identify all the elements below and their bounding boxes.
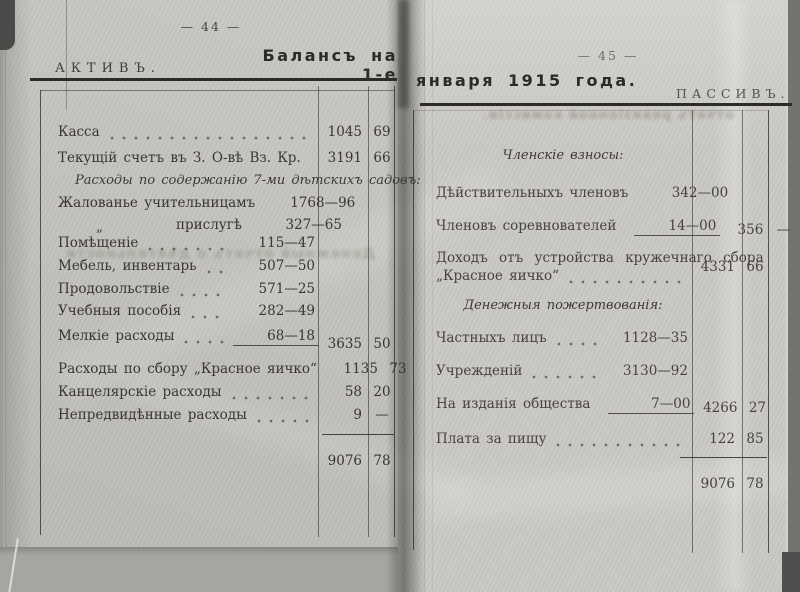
heading-label: Денежныя пожертвованія:: [436, 298, 690, 313]
amount-rubles: 1045: [319, 124, 369, 140]
row-label: „Красное яичко“: [436, 268, 559, 284]
dot-leader: [257, 419, 311, 423]
dot-leader: [207, 270, 225, 274]
row-label: Расходы по сбору „Красное яичко“: [58, 361, 317, 377]
sub-amount: 1768—96: [273, 195, 359, 211]
sub-amount: 342—00: [646, 185, 732, 201]
dot-leader: [232, 396, 311, 400]
row-label: Мелкіе расходы: [58, 328, 174, 344]
sub-amount: 1128—35: [606, 330, 692, 346]
amount-kopecks: —: [770, 222, 796, 238]
row-label: Помѣщеніе: [58, 235, 138, 251]
row-label: Дѣйствительныхъ членовъ: [436, 185, 628, 201]
table-row: На изданія общества 7—00 4266 27: [436, 396, 768, 416]
amount-rubles: 3635: [319, 336, 369, 352]
table-row: „ прислугѣ 327—65: [58, 217, 395, 237]
row-label: Канцелярскіе расходы: [58, 384, 222, 400]
table-left-border: [413, 110, 414, 550]
row-label: Плата за пищу: [436, 431, 546, 447]
amount-rubles: 9: [319, 407, 369, 423]
section-rule: [420, 103, 792, 106]
table-row: Учрежденій 3130—92: [436, 363, 768, 383]
table-row: Мелкіе расходы 68—18 3635 50: [58, 328, 395, 348]
dot-leader: [569, 280, 684, 284]
table-row: Членовъ соревнователей 14—00 356 —: [436, 218, 768, 238]
table-total-row: 9076 78: [58, 453, 395, 473]
amount-rubles: 4266: [694, 400, 744, 416]
section-rule: [30, 78, 397, 81]
sub-amount: 327—65: [260, 217, 346, 233]
amount-kopecks: 27: [744, 400, 770, 416]
row-label: Частныхъ лицъ: [436, 330, 547, 346]
table-top-border: [413, 110, 768, 111]
sub-amount: 14—00: [634, 218, 720, 236]
amount-kopecks: 73: [385, 361, 411, 377]
total-rule: [322, 434, 394, 435]
heading-label: Членскіе взносы:: [436, 148, 690, 163]
table-row: Канцелярскіе расходы 58 20: [58, 384, 395, 404]
book-corner-shadow: [782, 552, 800, 592]
binding-gutter-shadow: [398, 0, 409, 108]
amount-rubles: 356: [720, 222, 770, 238]
table-row: Текущій счетъ въ З. О-вѣ Вз. Кр. 3191 66: [58, 150, 395, 170]
section-label-passiv: ПАССИВЪ.: [676, 86, 790, 101]
row-label: Непредвидѣнные расходы: [58, 407, 247, 423]
total-kopecks: 78: [369, 453, 395, 469]
dot-leader: [191, 315, 225, 319]
dot-leader: [556, 443, 684, 447]
amount-kopecks: 69: [369, 124, 395, 140]
table-row: Частныхъ лицъ 1128—35: [436, 330, 768, 350]
row-label: Членовъ соревнователей: [436, 218, 616, 234]
table-row: Мебель, инвентарь 507—50: [58, 258, 395, 278]
row-label: Текущій счетъ въ З. О-вѣ Вз. Кр.: [58, 150, 301, 166]
table-row: Жалованье учительницамъ 1768—96: [58, 195, 395, 215]
section-label-aktiv: АКТИВЪ.: [55, 61, 161, 76]
table-total-row: 9076 78: [436, 476, 768, 496]
total-rule: [680, 457, 767, 458]
dot-leader: [557, 342, 598, 346]
group-heading: Членскіе взносы:: [436, 148, 768, 168]
amount-kopecks: —: [369, 407, 395, 423]
total-kopecks: 78: [742, 476, 768, 492]
dot-leader: [532, 375, 598, 379]
table-row: Касса 1045 69: [58, 124, 395, 144]
table-row: Учебныя пособія 282—49: [58, 303, 395, 323]
sub-amount: 68—18: [233, 328, 319, 346]
amount-rubles: 122: [692, 431, 742, 447]
amount-kopecks: 85: [742, 431, 768, 447]
table-row: Дѣйствительныхъ членовъ 342—00: [436, 185, 768, 205]
page-number-right: — 45 —: [563, 48, 653, 63]
row-label: На изданія общества: [436, 396, 590, 412]
table-row: Продовольствіе 571—25: [58, 281, 395, 301]
dot-leader: [180, 293, 225, 297]
row-label: Учебныя пособія: [58, 303, 181, 319]
dot-leader: [184, 340, 225, 344]
scanned-book-spread: Денежный отчетъ о дѣятельности отчетъ ре…: [0, 0, 800, 592]
paper-crease: [66, 0, 67, 110]
amount-rubles: 1135: [335, 361, 385, 377]
table-row: Расходы по сбору „Красное яичко“ 1135 73: [58, 361, 395, 381]
row-label: прислугѣ: [58, 217, 242, 233]
table-row: Непредвидѣнные расходы 9 —: [58, 407, 395, 427]
heading-label: Расходы по содержанію 7-ми дѣтскихъ садо…: [75, 173, 421, 188]
table-row: „Красное яичко“ 4331 66: [436, 268, 768, 288]
table-row: Плата за пищу 122 85: [436, 431, 768, 451]
sub-amount: 282—49: [233, 303, 319, 319]
sub-amount: 115—47: [233, 235, 319, 251]
row-label: Жалованье учительницамъ: [58, 195, 255, 211]
page-number-left: — 44 —: [166, 19, 256, 34]
table-right-border: [768, 110, 769, 553]
row-label: Учрежденій: [436, 363, 522, 379]
table-top-border: [40, 90, 395, 91]
amount-rubles: 58: [319, 384, 369, 400]
group-heading: Денежныя пожертвованія:: [436, 298, 768, 318]
group-heading: Расходы по содержанію 7-ми дѣтскихъ садо…: [75, 173, 412, 193]
sub-amount: 7—00: [608, 396, 694, 414]
amount-rubles: 4331: [692, 259, 742, 275]
dot-leader: [110, 136, 311, 140]
amount-rubles: 3191: [319, 150, 369, 166]
underlying-page: [0, 547, 398, 592]
table-left-border: [40, 90, 41, 535]
dot-leader: [148, 247, 225, 251]
sub-amount: 507—50: [233, 258, 319, 274]
table-row: Помѣщеніе 115—47: [58, 235, 395, 255]
total-rubles: 9076: [692, 476, 742, 492]
amount-kopecks: 20: [369, 384, 395, 400]
ditto-mark: „: [96, 219, 103, 235]
row-label: Касса: [58, 124, 100, 140]
book-corner-shadow: [0, 0, 15, 50]
amount-kopecks: 66: [369, 150, 395, 166]
balance-title-part-2: января 1915 года.: [416, 71, 637, 90]
row-label: Мебель, инвентарь: [58, 258, 197, 274]
amount-kopecks: 50: [369, 336, 395, 352]
row-label: Продовольствіе: [58, 281, 170, 297]
total-rubles: 9076: [319, 453, 369, 469]
sub-amount: 3130—92: [606, 363, 692, 379]
amount-kopecks: 66: [742, 259, 768, 275]
sub-amount: 571—25: [233, 281, 319, 297]
